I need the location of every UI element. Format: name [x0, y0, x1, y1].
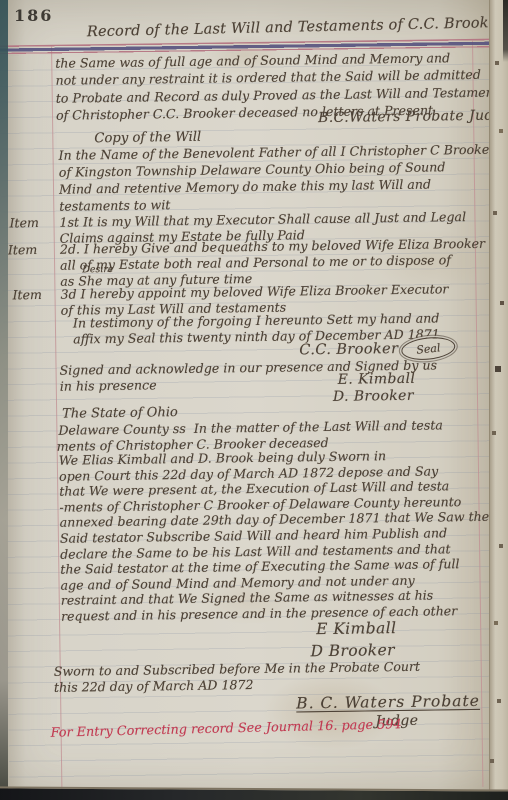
record-title: Record of the Last Will and Testaments o… [87, 14, 508, 40]
interlined-word: Desire [82, 264, 113, 275]
state-line: The State of Ohio [62, 405, 178, 422]
item-3-margin-label: Item [12, 287, 42, 302]
top-right-gap-shadow [503, 0, 508, 62]
judge-signature-bottom: B. C. Waters Probate [296, 692, 480, 713]
testator-signature: C.C. Brooker [299, 341, 398, 358]
page-stack-edge [489, 0, 508, 800]
item-2-margin-label: Item [8, 242, 38, 257]
item-1-margin-label: Item [9, 215, 39, 230]
copy-of-will-heading: Copy of the Will [94, 130, 201, 146]
page-sheet: Record of the Last Will and Testaments o… [0, 0, 508, 800]
witness-signature-2: D. Brooker [333, 388, 414, 405]
page-edge-speckles [0, 0, 2, 2]
bottom-table-edge [0, 786, 508, 800]
judge-signature-top: B.C.Waters Probate Judge [318, 107, 508, 126]
deposition-witness-1: E Kimball [316, 619, 396, 638]
jurat-clause: Sworn to and Subscribed before Me in the… [54, 659, 421, 697]
ledger-page-scan: 186 Record of the Last Will and Testamen… [0, 0, 508, 800]
book-binding-edge [0, 0, 8, 800]
seal-label: Seal [416, 341, 441, 356]
will-preamble: In the Name of the Benevolent Father of … [58, 142, 496, 216]
witness-deposition: We Elias Kimball and D. Brook being duly… [59, 447, 491, 625]
witness-signature-1: E. Kimball [338, 371, 416, 388]
deposition-witness-2: D Brooker [310, 641, 395, 660]
